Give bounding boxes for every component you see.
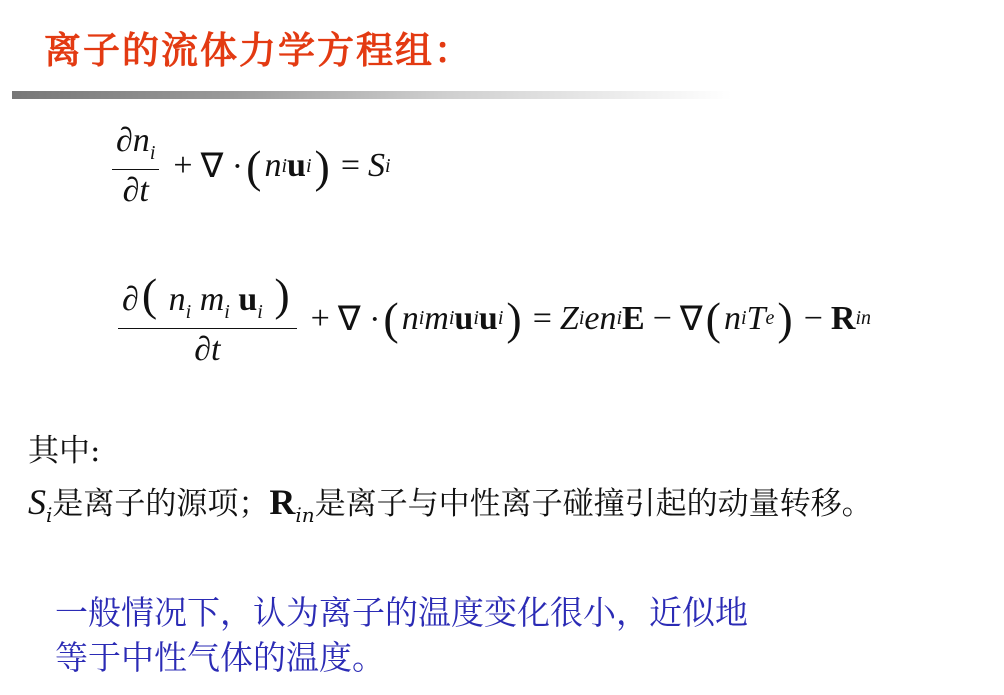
momentum-equation: ∂( ni mi ui ) ∂t + ∇ · ( ni mi ui ui ) =… [118, 268, 871, 369]
symbol-definitions: Si是离子的源项；Rin是离子与中性离子碰撞引起的动量转移。 [28, 478, 873, 527]
momentum-time-derivative: ∂( ni mi ui ) ∂t [118, 268, 297, 369]
temperature-note: 一般情况下，认为离子的温度变化很小，近似地 等于中性气体的温度。 [55, 590, 748, 680]
time-derivative-fraction: ∂ni ∂t [112, 122, 159, 210]
note-line-2: 等于中性气体的温度。 [55, 635, 748, 680]
slide-title: 离子的流体力学方程组： [44, 20, 473, 74]
source-term-symbol: S [28, 482, 46, 522]
continuity-equation: ∂ni ∂t + ∇ · ( ni ui ) = Si [112, 122, 391, 210]
momentum-transfer-text: 是离子与中性离子碰撞引起的动量转移。 [315, 486, 873, 522]
momentum-transfer-symbol: R [269, 482, 295, 522]
note-line-1: 一般情况下，认为离子的温度变化很小，近似地 [55, 590, 748, 635]
where-label: 其中: [28, 425, 100, 470]
title-divider [12, 91, 732, 99]
source-term-text: 是离子的源项； [52, 486, 269, 522]
